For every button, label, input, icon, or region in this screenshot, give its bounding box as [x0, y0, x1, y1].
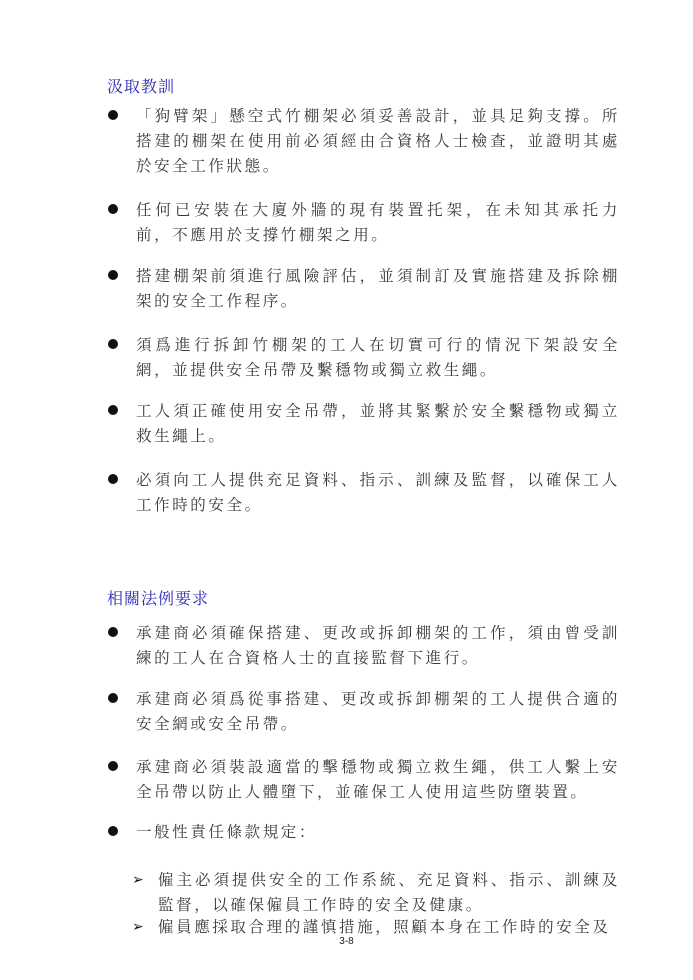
list-item-text: 搭建棚架前須進行風險評估，並須制訂及實施搭建及拆除棚架的安全工作程序。	[136, 264, 620, 314]
bullet-icon	[108, 693, 118, 703]
list-item-text: 承建商必須爲從事搭建、更改或拆卸棚架的工人提供合適的安全網或安全吊帶。	[136, 687, 620, 737]
list-item-text: 「狗臂架」懸空式竹棚架必須妥善設計，並具足夠支撐。所搭建的棚架在使用前必須經由合…	[136, 104, 620, 179]
bullet-icon	[108, 627, 118, 637]
list-item-text: 一般性責任條款規定：	[136, 820, 620, 845]
bullet-icon	[108, 204, 118, 214]
list-item-text: 承建商必須裝設適當的擊穩物或獨立救生繩，供工人繫上安全吊帶以防止人體墮下，並確保…	[136, 755, 620, 805]
sub-list-item-text: 僱主必須提供安全的工作系統、充足資料、指示、訓練及監督，以確保僱員工作時的安全及…	[158, 868, 620, 918]
list-item: 「狗臂架」懸空式竹棚架必須妥善設計，並具足夠支撐。所搭建的棚架在使用前必須經由合…	[100, 104, 620, 179]
list-item: 承建商必須爲從事搭建、更改或拆卸棚架的工人提供合適的安全網或安全吊帶。	[100, 687, 620, 737]
bullet-icon	[108, 761, 118, 771]
sub-list-item: ➢ 僱主必須提供安全的工作系統、充足資料、指示、訓練及監督，以確保僱員工作時的安…	[130, 868, 620, 918]
bullet-icon	[108, 270, 118, 280]
list-item-text: 工人須正確使用安全吊帶，並將其緊繫於安全繫穩物或獨立救生繩上。	[136, 399, 620, 449]
list-item-text: 承建商必須確保搭建、更改或拆卸棚架的工作，須由曾受訓練的工人在合資格人士的直接監…	[136, 621, 620, 671]
list-item: 須爲進行拆卸竹棚架的工人在切實可行的情況下架設安全網，並提供安全吊帶及繫穩物或獨…	[100, 333, 620, 383]
list-item: 搭建棚架前須進行風險評估，並須制訂及實施搭建及拆除棚架的安全工作程序。	[100, 264, 620, 314]
list-item-text: 須爲進行拆卸竹棚架的工人在切實可行的情況下架設安全網，並提供安全吊帶及繫穩物或獨…	[136, 333, 620, 383]
list-item: 承建商必須裝設適當的擊穩物或獨立救生繩，供工人繫上安全吊帶以防止人體墮下，並確保…	[100, 755, 620, 805]
section-heading-lessons: 汲取教訓	[107, 74, 175, 97]
arrow-bullet-icon: ➢	[132, 868, 144, 892]
bullet-icon	[108, 110, 118, 120]
bullet-icon	[108, 474, 118, 484]
list-item-text: 必須向工人提供充足資料、指示、訓練及監督，以確保工人工作時的安全。	[136, 468, 620, 518]
page-number: 3-8	[0, 936, 693, 947]
bullet-icon	[108, 405, 118, 415]
section-heading-legal-requirements: 相關法例要求	[107, 586, 209, 609]
list-item: 一般性責任條款規定：	[100, 820, 620, 845]
list-item: 任何已安裝在大廈外牆的現有裝置托架，在未知其承托力前，不應用於支撐竹棚架之用。	[100, 198, 620, 248]
list-item-text: 任何已安裝在大廈外牆的現有裝置托架，在未知其承托力前，不應用於支撐竹棚架之用。	[136, 198, 620, 248]
list-item: 承建商必須確保搭建、更改或拆卸棚架的工作，須由曾受訓練的工人在合資格人士的直接監…	[100, 621, 620, 671]
list-item: 必須向工人提供充足資料、指示、訓練及監督，以確保工人工作時的安全。	[100, 468, 620, 518]
bullet-icon	[108, 339, 118, 349]
bullet-icon	[108, 826, 118, 836]
list-item: 工人須正確使用安全吊帶，並將其緊繫於安全繫穩物或獨立救生繩上。	[100, 399, 620, 449]
